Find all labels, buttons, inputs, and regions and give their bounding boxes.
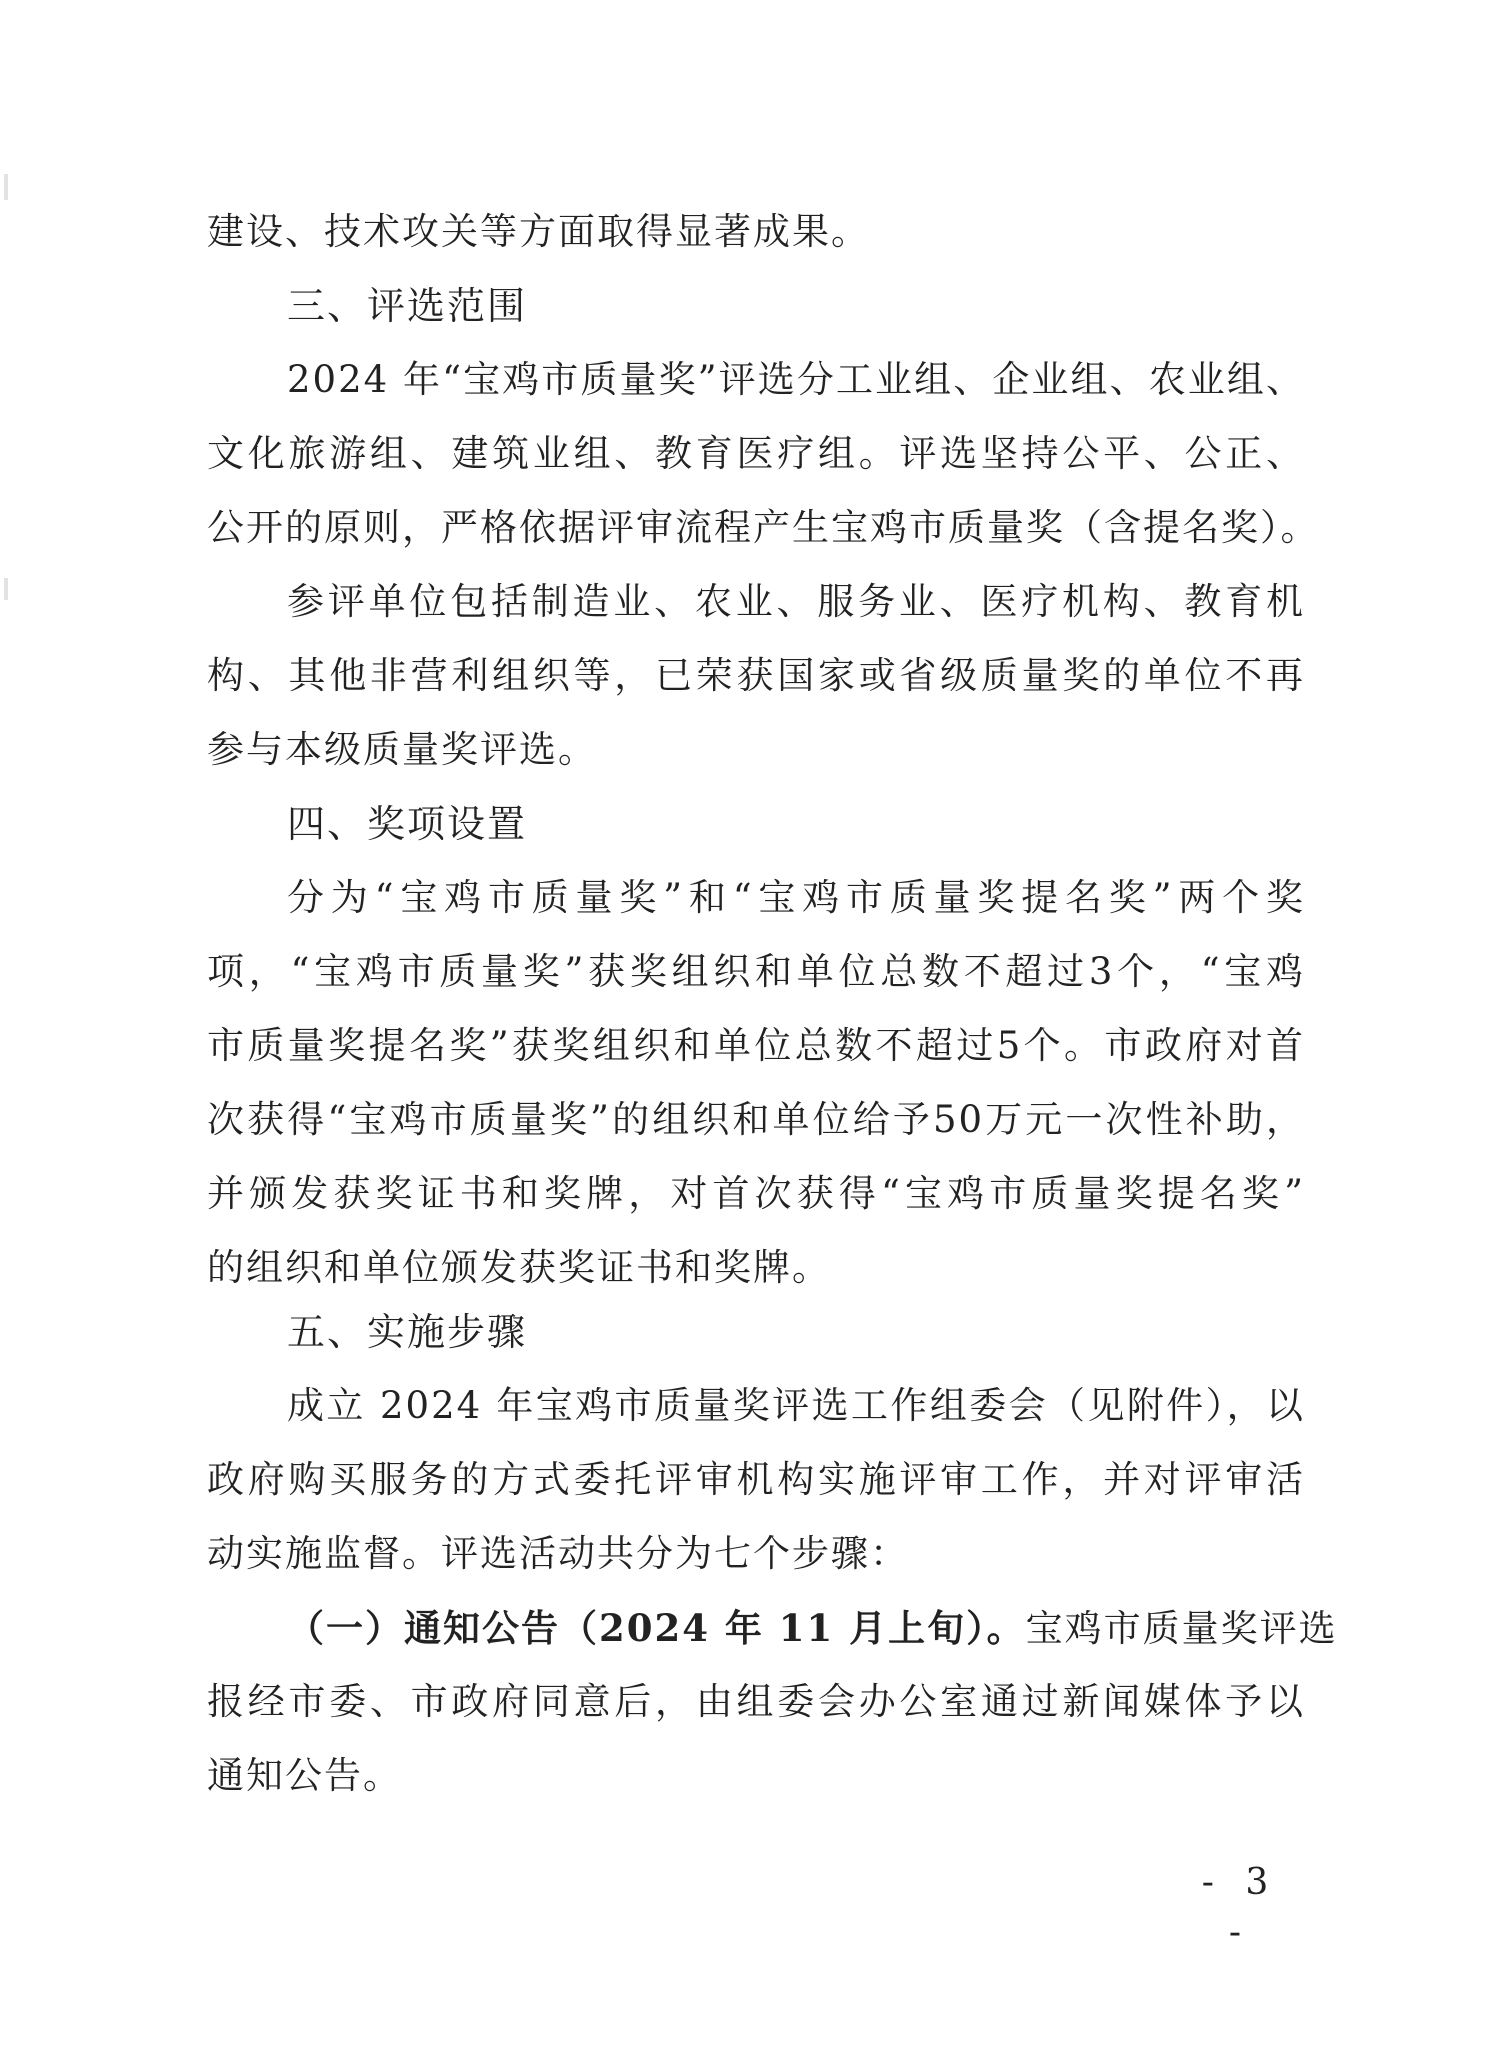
binding-mark-bottom [4,578,8,600]
body-text-line: 项，“宝鸡市质量奖”获奖组织和单位总数不超过3个，“宝鸡 [207,942,1305,1002]
body-text-line: 2024 年“宝鸡市质量奖”评选分工业组、企业组、农业组、 [287,350,1305,410]
body-text-line: 报经市委、市政府同意后，由组委会办公室通过新闻媒体予以 [207,1672,1305,1732]
body-text-line: 成立 2024 年宝鸡市质量奖评选工作组委会（见附件），以 [287,1376,1305,1436]
body-text-line: 市质量奖提名奖”获奖组织和单位总数不超过5个。市政府对首 [207,1016,1305,1076]
body-text-line: 政府购买服务的方式委托评审机构实施评审工作，并对评审活 [207,1450,1305,1510]
body-text-line: 通知公告。 [207,1746,1305,1806]
binding-mark-top [4,174,8,200]
section-heading-4: 四、奖项设置 [287,794,1305,854]
body-text-line: 分为“宝鸡市质量奖”和“宝鸡市质量奖提名奖”两个奖 [287,868,1305,928]
body-text-line: 公开的原则，严格依据评审流程产生宝鸡市质量奖（含提名奖）。 [207,498,1305,558]
body-text-line: 动实施监督。评选活动共分为七个步骤： [207,1524,1305,1584]
section-heading-3: 三、评选范围 [287,276,1305,336]
body-text-line: 次获得“宝鸡市质量奖”的组织和单位给予50万元一次性补助， [207,1090,1305,1150]
step-1-line: （一）通知公告（2024 年 11 月上旬）。宝鸡市质量奖评选 [287,1598,1305,1658]
body-text-line: 并颁发获奖证书和奖牌，对首次获得“宝鸡市质量奖提名奖” [207,1164,1305,1224]
body-text-line: 建设、技术攻关等方面取得显著成果。 [207,202,1305,262]
step-1-label: （一）通知公告（2024 年 11 月上旬）。 [287,1606,1026,1650]
body-text-line: 文化旅游组、建筑业组、教育医疗组。评选坚持公平、公正、 [207,424,1305,484]
page-number: - 3 - [1190,1858,1290,1908]
body-text-line: 参评单位包括制造业、农业、服务业、医疗机构、教育机 [287,572,1305,632]
body-text-line: 参与本级质量奖评选。 [207,720,1305,780]
body-text-line: 的组织和单位颁发获奖证书和奖牌。 [207,1238,1305,1298]
document-page: 建设、技术攻关等方面取得显著成果。 三、评选范围 2024 年“宝鸡市质量奖”评… [0,0,1486,2048]
section-heading-5: 五、实施步骤 [287,1302,1305,1362]
body-text-line: 构、其他非营利组织等，已荣获国家或省级质量奖的单位不再 [207,646,1305,706]
step-1-text: 宝鸡市质量奖评选 [1026,1607,1338,1650]
